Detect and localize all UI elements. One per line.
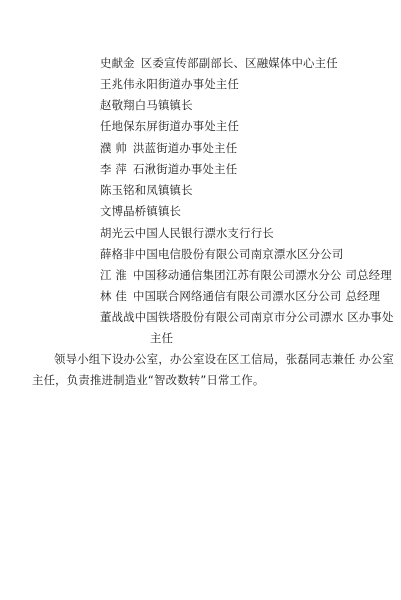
member-title: 中国铁塔股份有限公司南京市分公司漂水 区办事处 bbox=[135, 310, 394, 324]
member-name: 李 萍 bbox=[100, 162, 127, 176]
member-title: 洪蓝街道办事处主任 bbox=[133, 141, 237, 155]
member-name: 林 佳 bbox=[100, 289, 127, 303]
member-title: 中国电信股份有限公司南京漂水区分公司 bbox=[135, 247, 344, 261]
member-name: 文博晶 bbox=[100, 204, 135, 218]
member-title: 中国联合网络通信有限公司漂水区分公司 总经理 bbox=[133, 289, 380, 303]
member-name: 胡光云 bbox=[100, 226, 135, 240]
member-name: 任地保 bbox=[100, 119, 135, 133]
member-name: 赵敬翔 bbox=[100, 98, 135, 112]
member-row: 文博晶桥镇镇长 bbox=[100, 204, 181, 218]
member-title: 石湫街道办事处主任 bbox=[133, 162, 237, 176]
member-name: 濮 帅 bbox=[100, 141, 127, 155]
member-row: 陈玉铭和凤镇镇长 bbox=[100, 183, 193, 197]
member-row: 史献金区委宣传部副部长、区融媒体中心主任 bbox=[100, 56, 338, 70]
member-title: 桥镇镇长 bbox=[135, 204, 181, 218]
member-title: 中国移动通信集团江苏有限公司漂水分公 司总经理 bbox=[133, 268, 392, 282]
member-title: 东屏街道办事处主任 bbox=[135, 119, 239, 133]
member-row: 濮 帅洪蓝街道办事处主任 bbox=[100, 141, 237, 155]
member-name: 陈玉铭 bbox=[100, 183, 135, 197]
paragraph-line: 主任，负责推进制造业“智改数转”日常工作。 bbox=[32, 373, 264, 387]
member-row: 江 淮中国移动通信集团江苏有限公司漂水分公 司总经理 bbox=[100, 268, 392, 282]
member-row: 林 佳中国联合网络通信有限公司漂水区分公司 总经理 bbox=[100, 289, 380, 303]
member-title: 永阳街道办事处主任 bbox=[135, 77, 239, 91]
member-row: 薛格非中国电信股份有限公司南京漂水区分公司 bbox=[100, 247, 343, 261]
member-row: 任地保东屏街道办事处主任 bbox=[100, 119, 239, 133]
paragraph-line: 领导小组下设办公室，办公室设在区工信局，张磊同志兼任 办公室 bbox=[54, 352, 394, 366]
member-name: 薛格非 bbox=[100, 247, 135, 261]
member-title: 和凤镇镇长 bbox=[135, 183, 193, 197]
member-title-continuation: 主任 bbox=[150, 331, 173, 345]
member-row: 赵敬翔白马镇镇长 bbox=[100, 98, 193, 112]
member-name: 江 淮 bbox=[100, 268, 127, 282]
member-title: 白马镇镇长 bbox=[135, 98, 193, 112]
member-row: 胡光云中国人民银行漂水支行行长 bbox=[100, 226, 274, 240]
member-name: 王兆伟 bbox=[100, 77, 135, 91]
member-name: 董战战 bbox=[100, 310, 135, 324]
member-name: 史献金 bbox=[100, 56, 135, 70]
member-row: 董战战中国铁塔股份有限公司南京市分公司漂水 区办事处 bbox=[100, 310, 394, 324]
member-row: 李 萍石湫街道办事处主任 bbox=[100, 162, 237, 176]
member-row: 王兆伟永阳街道办事处主任 bbox=[100, 77, 239, 91]
member-title: 区委宣传部副部长、区融媒体中心主任 bbox=[141, 56, 338, 70]
member-title: 中国人民银行漂水支行行长 bbox=[135, 226, 274, 240]
